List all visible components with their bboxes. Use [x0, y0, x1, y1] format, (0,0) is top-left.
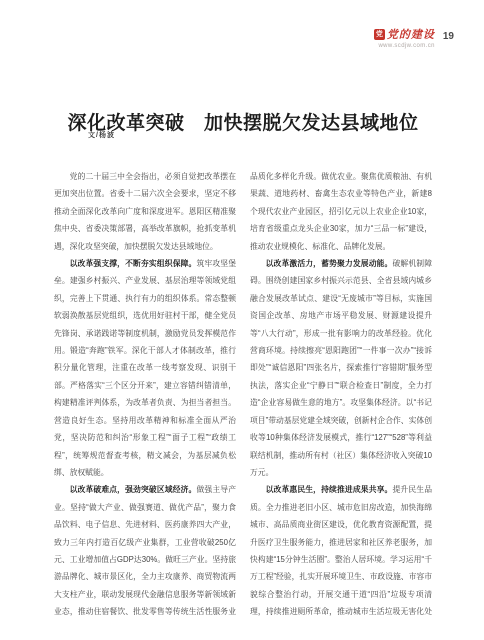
- masthead: 党 党的建设 www.scdjw.com.cn 19: [374, 26, 454, 49]
- article-paragraph-vitality: 以改革激活力，蓄势聚力发展动能。破解机制障碍。围绕创建国家乡村振兴示范县、全省县…: [250, 255, 432, 481]
- article-paragraph-intro: 党的二十届三中全会指出，必须自觉把改革摆在更加突出位置。省委十二届六次全会要求，…: [54, 168, 236, 255]
- magazine-logo-title: 党的建设: [387, 26, 435, 42]
- paragraph-lead: 以改革激活力，蓄势聚力发展动能。: [266, 259, 393, 268]
- article-paragraph-organization: 以改革强支撑，不断夯实组织保障。筑牢攻坚堡垒。建强乡村振兴、产业发展、基层治理等…: [54, 255, 236, 481]
- article-byline: 文/杨波: [88, 130, 115, 140]
- magazine-logo: 党 党的建设 www.scdjw.com.cn: [374, 26, 435, 49]
- paragraph-text: 破解机制障碍。围绕创建国家乡村振兴示范县、全省县域内城乡融合发展改革试点、建设“…: [250, 259, 432, 477]
- paragraph-lead: 以改革惠民生，持续推进成果共享。: [266, 485, 393, 494]
- page-number: 19: [443, 31, 454, 42]
- magazine-page: 党 党的建设 www.scdjw.com.cn 19 深化改革突破 加快摆脱欠发…: [0, 0, 484, 640]
- party-seal-icon: 党: [374, 29, 385, 40]
- magazine-website-url: www.scdjw.com.cn: [378, 43, 434, 49]
- paragraph-lead: 以改革强支撑，不断夯实组织保障。: [70, 259, 197, 268]
- paragraph-text: 党的二十届三中全会指出，必须自觉把改革摆在更加突出位置。省委十二届六次全会要求，…: [54, 172, 236, 251]
- paragraph-text: 筑牢攻坚堡垒。建强乡村振兴、产业发展、基层治理等领域党组织，完善上下贯通、执行有…: [54, 259, 236, 477]
- logo-row: 党 党的建设: [374, 26, 435, 42]
- article-body: 党的二十届三中全会指出，必须自觉把改革摆在更加突出位置。省委十二届六次全会要求，…: [54, 168, 432, 623]
- paragraph-lead: 以改革破难点，强劲突破区域经济。: [70, 485, 197, 494]
